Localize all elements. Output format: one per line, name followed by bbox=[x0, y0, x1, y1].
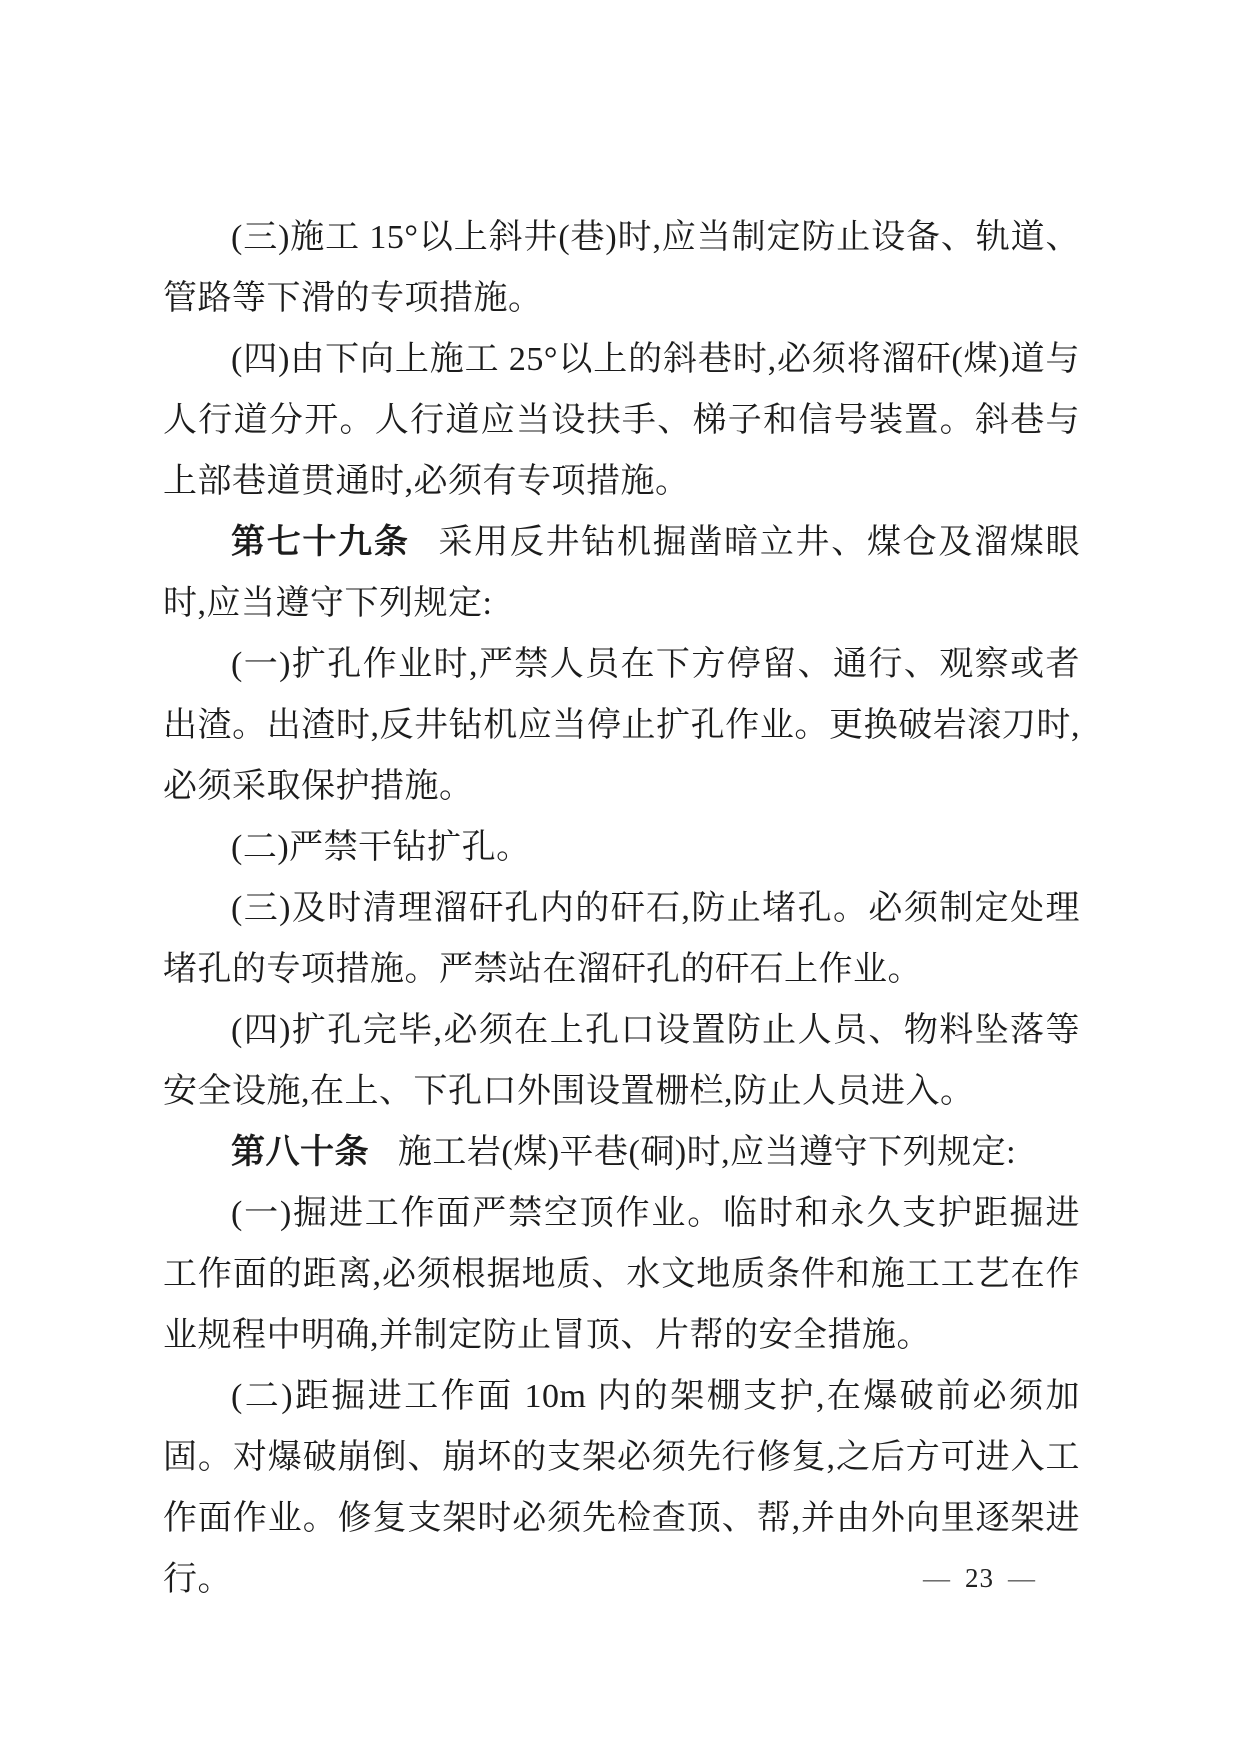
page-footer: —23— bbox=[909, 1558, 1050, 1598]
footer-dash-right: — bbox=[1008, 1563, 1036, 1593]
text-block: (三)施工 15°以上斜井(巷)时,应当制定防止设备、轨道、管路等下滑的专项措施… bbox=[163, 207, 1080, 1610]
paragraph-79-item-1: (一)扩孔作业时,严禁人员在下方停留、通行、观察或者出渣。出渣时,反井钻机应当停… bbox=[163, 634, 1080, 817]
article-79-number: 第七十九条 bbox=[231, 523, 410, 561]
article-80-number: 第八十条 bbox=[231, 1133, 369, 1171]
article-80-text: 施工岩(煤)平巷(硐)时,应当遵守下列规定: bbox=[398, 1134, 1016, 1171]
paragraph-article-80: 第八十条施工岩(煤)平巷(硐)时,应当遵守下列规定: bbox=[163, 1122, 1080, 1183]
page-number: 23 bbox=[965, 1563, 994, 1593]
paragraph-80-item-1: (一)掘进工作面严禁空顶作业。临时和永久支护距掘进工作面的距离,必须根据地质、水… bbox=[163, 1183, 1080, 1366]
paragraph-item-3-slope15: (三)施工 15°以上斜井(巷)时,应当制定防止设备、轨道、管路等下滑的专项措施… bbox=[163, 207, 1080, 329]
footer-dash-left: — bbox=[923, 1563, 951, 1593]
document-page: (三)施工 15°以上斜井(巷)时,应当制定防止设备、轨道、管路等下滑的专项措施… bbox=[0, 0, 1240, 1753]
paragraph-79-item-4: (四)扩孔完毕,必须在上孔口设置防止人员、物料坠落等安全设施,在上、下孔口外围设… bbox=[163, 1000, 1080, 1122]
paragraph-79-item-2: (二)严禁干钻扩孔。 bbox=[163, 817, 1080, 878]
paragraph-item-4-slope25: (四)由下向上施工 25°以上的斜巷时,必须将溜矸(煤)道与人行道分开。人行道应… bbox=[163, 329, 1080, 512]
paragraph-79-item-3: (三)及时清理溜矸孔内的矸石,防止堵孔。必须制定处理堵孔的专项措施。严禁站在溜矸… bbox=[163, 878, 1080, 1000]
paragraph-article-79: 第七十九条采用反井钻机掘凿暗立井、煤仓及溜煤眼时,应当遵守下列规定: bbox=[163, 512, 1080, 634]
